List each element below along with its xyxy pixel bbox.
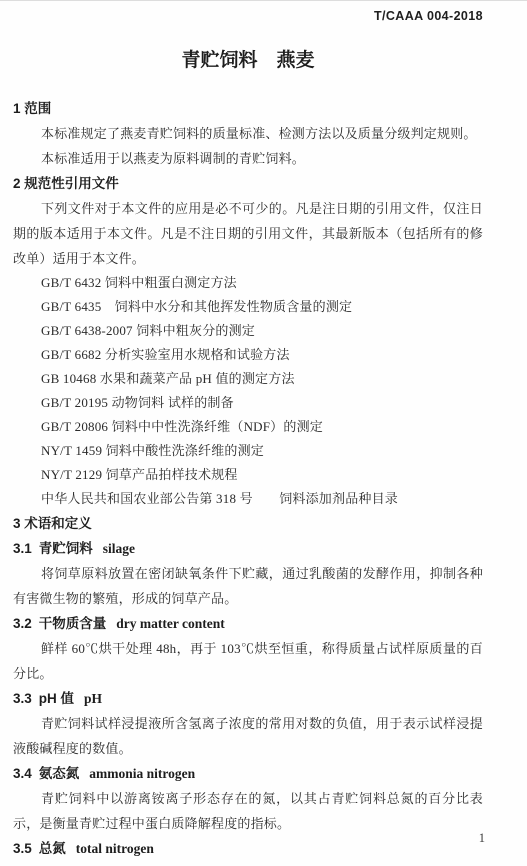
standard-code: T/CAAA 004-2018 — [13, 1, 483, 24]
document-title: 青贮饲料 燕麦 — [13, 48, 483, 74]
term-number: 3.3 — [13, 691, 32, 706]
term-number: 3.5 — [13, 841, 32, 856]
term-number: 3.2 — [13, 616, 32, 631]
reference-item: GB/T 20806 饲料中中性洗涤纤维（NDF）的测定 — [41, 415, 483, 439]
reference-item: GB/T 6435 饲料中水分和其他挥发性物质含量的测定 — [41, 295, 483, 319]
term-name-en: total nitrogen — [76, 841, 154, 856]
term-name-en: ammonia nitrogen — [89, 766, 195, 781]
term-name-zh: pH 值 — [39, 691, 74, 706]
term-name-zh: 总氮 — [39, 841, 66, 856]
reference-item: GB/T 20195 动物饲料 试样的制备 — [41, 391, 483, 415]
term-definition: 青贮饲料试样浸提液所含氢离子浓度的常用对数的负值，用于表示试样浸提液酸碱程度的数… — [13, 711, 483, 761]
term-number: 3.1 — [13, 541, 32, 556]
term-heading-ph: 3.3pH 值pH — [13, 686, 483, 711]
paragraph-scope-1: 本标准规定了燕麦青贮饲料的质量标准、检测方法以及质量分级判定规则。 — [13, 121, 483, 146]
section-heading-normative-references: 2 规范性引用文件 — [13, 171, 483, 196]
term-name-zh: 青贮饲料 — [39, 541, 93, 556]
reference-item: NY/T 1459 饲料中酸性洗涤纤维的测定 — [41, 439, 483, 463]
reference-item: GB/T 6682 分析实验室用水规格和试验方法 — [41, 343, 483, 367]
term-heading-silage: 3.1青贮饲料silage — [13, 536, 483, 561]
reference-list: GB/T 6432 饲料中粗蛋白测定方法 GB/T 6435 饲料中水分和其他挥… — [13, 271, 483, 511]
page-content: T/CAAA 004-2018 青贮饲料 燕麦 1 范围 本标准规定了燕麦青贮饲… — [0, 1, 527, 861]
reference-item: NY/T 2129 饲草产品拍样技术规程 — [41, 463, 483, 487]
paragraph-scope-2: 本标准适用于以燕麦为原料调制的青贮饲料。 — [13, 146, 483, 171]
term-heading-dry-matter: 3.2干物质含量dry matter content — [13, 611, 483, 636]
term-name-en: pH — [84, 691, 102, 706]
term-name-en: dry matter content — [116, 616, 224, 631]
section-heading-terms-definitions: 3 术语和定义 — [13, 511, 483, 536]
paragraph-references-intro: 下列文件对于本文件的应用是必不可少的。凡是注日期的引用文件，仅注日期的版本适用于… — [13, 196, 483, 271]
reference-item: GB/T 6438-2007 饲料中粗灰分的测定 — [41, 319, 483, 343]
document-page: T/CAAA 004-2018 青贮饲料 燕麦 1 范围 本标准规定了燕麦青贮饲… — [0, 0, 527, 866]
term-definition: 鲜样 60℃烘干处理 48h，再于 103℃烘至恒重，称得质量占试样原质量的百分… — [13, 636, 483, 686]
reference-item: GB 10468 水果和蔬菜产品 pH 值的测定方法 — [41, 367, 483, 391]
term-name-zh: 干物质含量 — [39, 616, 107, 631]
reference-item: 中华人民共和国农业部公告第 318 号 饲料添加剂品种目录 — [41, 487, 483, 511]
term-definition: 将饲草原料放置在密闭缺氧条件下贮藏，通过乳酸菌的发酵作用，抑制各种有害微生物的繁… — [13, 561, 483, 611]
term-heading-total-nitrogen: 3.5总氮total nitrogen — [13, 836, 483, 861]
reference-item: GB/T 6432 饲料中粗蛋白测定方法 — [41, 271, 483, 295]
term-heading-ammonia-nitrogen: 3.4氨态氮ammonia nitrogen — [13, 761, 483, 786]
page-number: 1 — [479, 831, 485, 846]
term-name-zh: 氨态氮 — [39, 766, 80, 781]
term-number: 3.4 — [13, 766, 32, 781]
section-heading-scope: 1 范围 — [13, 96, 483, 121]
term-definition: 青贮饲料中以游离铵离子形态存在的氮，以其占青贮饲料总氮的百分比表示，是衡量青贮过… — [13, 786, 483, 836]
term-name-en: silage — [103, 541, 135, 556]
